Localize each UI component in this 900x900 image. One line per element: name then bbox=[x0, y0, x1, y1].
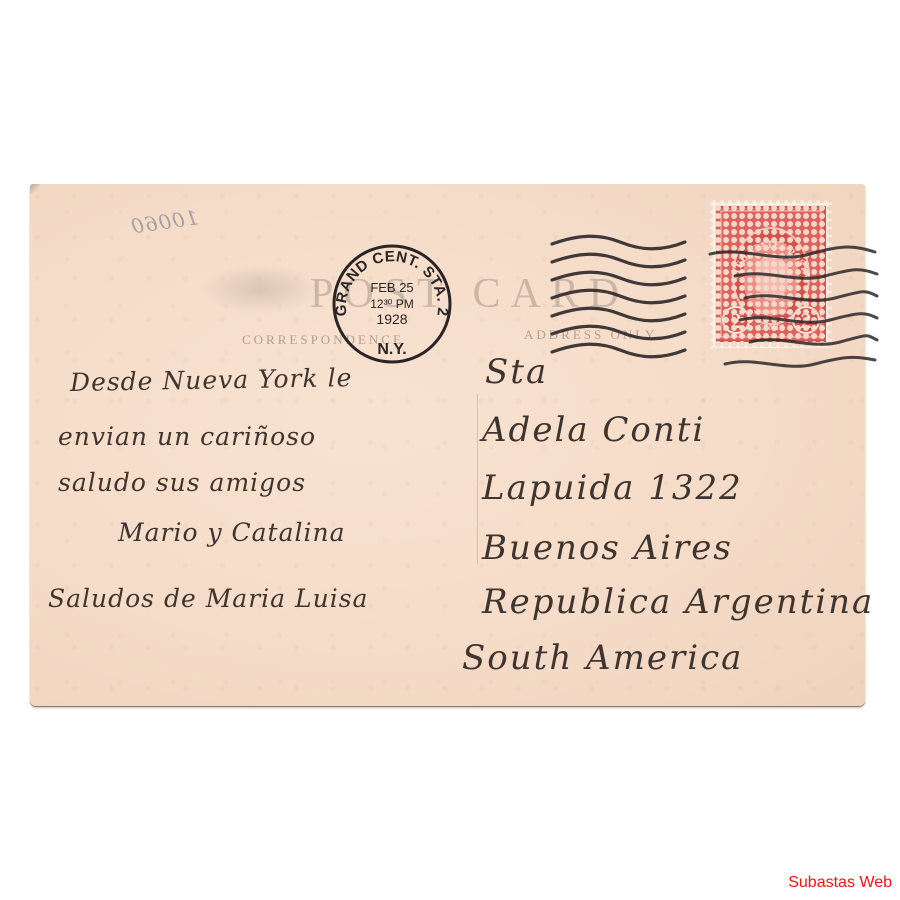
address-city: Buenos Aires bbox=[482, 528, 733, 568]
stamp-portrait-name: WASHINGTON bbox=[754, 310, 789, 316]
postmark-year: 1928 bbox=[376, 311, 407, 327]
postcard-back: 10060 POST CARD CORRESPONDENCE ADDRESS O… bbox=[30, 184, 865, 706]
postage-stamp: UNITED STATES POSTAGE 2 2 CENTS WASHINGT… bbox=[710, 200, 832, 348]
postmark-state: N.Y. bbox=[377, 341, 406, 358]
postmark-date: FEB 25 bbox=[370, 280, 413, 295]
address-street: Lapuida 1322 bbox=[482, 468, 743, 508]
message-line-2: envian un cariñoso bbox=[58, 422, 316, 451]
message-line-1: Desde Nueva York le bbox=[70, 363, 353, 397]
address-country: Republica Argentina bbox=[482, 582, 874, 622]
postmark-time: 12³⁰ PM bbox=[370, 297, 414, 311]
pencil-inventory-number: 10060 bbox=[129, 205, 200, 238]
subastas-web-watermark: Subastas Web bbox=[788, 874, 892, 892]
postmark-circle: GRAND CENT. STA. 2 FEB 25 12³⁰ PM 1928 N… bbox=[330, 242, 454, 366]
message-postscript: Saludos de Maria Luisa bbox=[48, 584, 368, 613]
address-continent: South America bbox=[462, 638, 743, 678]
center-divider-line bbox=[477, 394, 478, 564]
stamp-cents-label: CENTS bbox=[758, 323, 785, 332]
stamp-value-left: 2 bbox=[731, 308, 742, 333]
address-name: Adela Conti bbox=[482, 410, 705, 450]
corner-wear bbox=[30, 184, 40, 194]
ink-smudge bbox=[200, 264, 320, 314]
stamp-design: UNITED STATES POSTAGE 2 2 CENTS WASHINGT… bbox=[716, 206, 826, 342]
address-title: Sta bbox=[485, 352, 548, 392]
message-line-3: saludo sus amigos bbox=[58, 468, 306, 497]
stamp-value-right: 2 bbox=[801, 308, 812, 333]
message-signature: Mario y Catalina bbox=[118, 518, 346, 547]
